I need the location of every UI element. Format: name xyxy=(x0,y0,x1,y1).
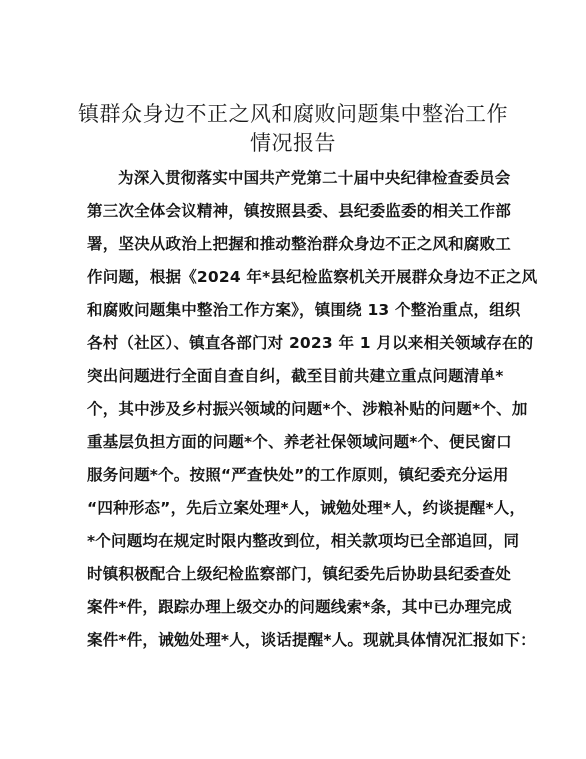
paragraph-line: 个，其中涉及乡村振兴领域的问题*个、涉粮补贴的问题*个、加 xyxy=(87,399,499,419)
paragraph-line: “四种形态”，先后立案处理*人，诫勉处理*人，约谈提醒*人， xyxy=(87,498,499,518)
document-title-line2: 情况报告 xyxy=(60,129,526,158)
paragraph-line: 时镇积极配合上级纪检监察部门，镇纪委先后协助县纪委查处 xyxy=(87,564,499,584)
paragraph-line: 第三次全体会议精神，镇按照县委、县纪委监委的相关工作部 xyxy=(87,201,499,221)
document-title: 镇群众身边不正之风和腐败问题集中整治工作 xyxy=(60,100,526,129)
paragraph-line: 重基层负担方面的问题*个、养老社保领域问题*个、便民窗口 xyxy=(87,432,499,452)
paragraph-line: 作问题，根据《2024 年*县纪检监察机关开展群众身边不正之风 xyxy=(87,267,499,287)
paragraph-line: 服务问题*个。按照“严查快处”的工作原则，镇纪委充分运用 xyxy=(87,465,499,485)
paragraph-line: 为深入贯彻落实中国共产党第二十届中央纪律检查委员会 xyxy=(118,168,499,188)
paragraph-line: 署，坚决从政治上把握和推动整治群众身边不正之风和腐败工 xyxy=(87,234,499,254)
document-page: 镇群众身边不正之风和腐败问题集中整治工作 情况报告 为深入贯彻落实中国共产党第二… xyxy=(0,0,586,759)
paragraph-line: 突出问题进行全面自查自纠，截至目前共建立重点问题清单* xyxy=(87,366,499,386)
paragraph-line: 各村（社区）、镇直各部门对 2023 年 1 月以来相关领域存在的 xyxy=(87,333,499,353)
paragraph-line: *个问题均在规定时限内整改到位，相关款项均已全部追回，同 xyxy=(87,531,499,551)
paragraph-line: 和腐败问题集中整治工作方案》，镇围绕 13 个整治重点，组织 xyxy=(87,300,499,320)
paragraph-line: 案件*件，跟踪办理上级交办的问题线索*条，其中已办理完成 xyxy=(87,597,499,617)
paragraph-line: 案件*件，诫勉处理*人，谈话提醒*人。现就具体情况汇报如下： xyxy=(87,630,499,650)
